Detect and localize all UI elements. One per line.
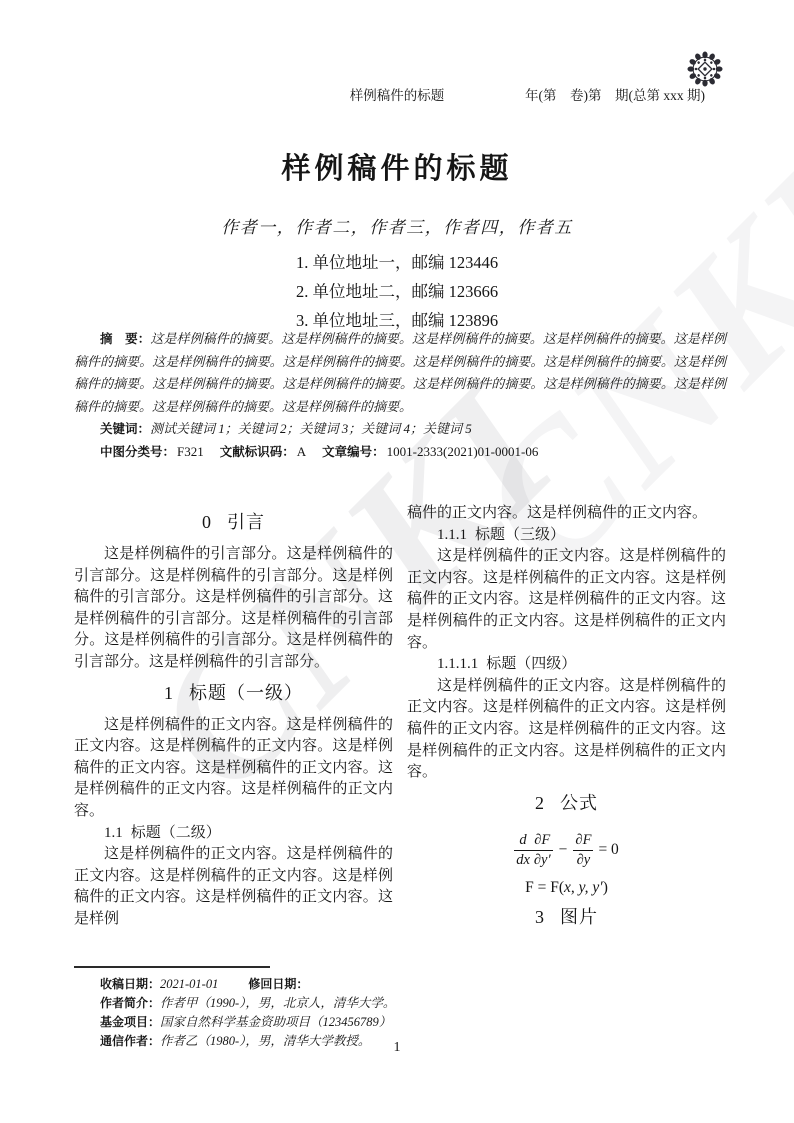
intro-paragraph: 这是样例稿件的引言部分。这是样例稿件的引言部分。这是样例稿件的引言部分。这是样例… [74,544,393,674]
section-title: 引言 [227,512,265,532]
author-bio-value: 作者甲（1990-），男，北京人，清华大学。 [160,996,395,1010]
fund-value: 国家自然科学基金资助项目（123456789） [160,1015,391,1029]
journal-emblem-icon [686,50,724,88]
left-column: 0引言 这是样例稿件的引言部分。这是样例稿件的引言部分。这是样例稿件的引言部分。… [74,503,393,939]
footnote-rule [74,966,270,968]
revised-date-label: 修回日期： [248,977,308,991]
abstract-block: 摘 要：这是样例稿件的摘要。这是样例稿件的摘要。这是样例稿件的摘要。这是样例稿件… [74,328,726,463]
body-paragraph: 这是样例稿件的正文内容。这是样例稿件的正文内容。这是样例稿件的正文内容。这是样例… [74,715,393,823]
equation-euler-lagrange: ddx ∂F∂y′ − ∂F∂y = 0 [407,829,726,869]
fraction-d-dx: ddx [514,832,532,869]
keywords-text: 测试关键词 1；关键词 2；关键词 3；关键词 4；关键词 5 [150,421,472,436]
subsection-title: 标题（三级） [475,527,565,543]
received-date-value: 2021-01-01 [160,977,218,991]
subsection-heading-1-1-1-1: 1.1.1.1标题（四级） [407,654,726,676]
section-heading-formulas: 2公式 [407,790,726,817]
affiliation-line: 1. 单位地址一，邮编 123446 [0,248,794,277]
clc-label: 中图分类号： [100,445,175,459]
affiliation-list: 1. 单位地址一，邮编 123446 2. 单位地址二，邮编 123666 3.… [0,248,794,335]
affiliation-line: 2. 单位地址二，邮编 123666 [0,277,794,306]
footnote-fund-line: 基金项目：国家自然科学基金资助项目（123456789） [74,1013,554,1032]
subsection-heading-1-1: 1.1标题（二级） [74,823,393,845]
abstract-label: 摘 要： [100,332,150,346]
doc-code-value: A [297,444,306,459]
right-column: 稿件的正文内容。这是样例稿件的正文内容。 1.1.1标题（三级） 这是样例稿件的… [407,503,726,939]
footnote-block: 收稿日期：2021-01-01修回日期： 作者简介：作者甲（1990-），男，北… [74,966,554,1051]
article-id-value: 1001-2333(2021)01-0001-06 [387,444,539,459]
section-title: 公式 [560,793,598,813]
article-id-label: 文章编号： [322,445,385,459]
section-title: 图片 [560,907,598,927]
subsection-heading-1-1-1: 1.1.1标题（三级） [407,525,726,547]
body-paragraph: 这是样例稿件的正文内容。这是样例稿件的正文内容。这是样例稿件的正文内容。这是样例… [74,844,393,930]
authors-line: 作者一，作者二，作者三，作者四，作者五 [0,213,794,238]
section-title: 标题（一级） [189,683,303,703]
subsection-number: 1.1.1.1 [437,656,478,672]
equation-rhs: = 0 [598,839,618,861]
page-number: 1 [0,1040,794,1056]
keywords-label: 关键词： [100,422,150,436]
equation-row: ddx ∂F∂y′ − ∂F∂y = 0 [514,832,619,869]
section-number: 3 [535,907,545,927]
body-columns: 0引言 这是样例稿件的引言部分。这是样例稿件的引言部分。这是样例稿件的引言部分。… [74,503,726,939]
body-paragraph-continuation: 稿件的正文内容。这是样例稿件的正文内容。 [407,503,726,525]
footnote-bio-line: 作者简介：作者甲（1990-），男，北京人，清华大学。 [74,994,554,1013]
section-heading-intro: 0引言 [74,509,393,536]
section-heading-1: 1标题（一级） [74,680,393,707]
body-paragraph: 这是样例稿件的正文内容。这是样例稿件的正文内容。这是样例稿件的正文内容。这是样例… [407,676,726,784]
fund-label: 基金项目： [100,1015,160,1029]
section-number: 2 [535,793,545,813]
doc-code-label: 文献标识码： [220,445,295,459]
body-paragraph: 这是样例稿件的正文内容。这是样例稿件的正文内容。这是样例稿件的正文内容。这是样例… [407,546,726,654]
keywords-line: 关键词：测试关键词 1；关键词 2；关键词 3；关键词 4；关键词 5 [74,418,726,441]
section-heading-figures: 3图片 [407,904,726,931]
abstract-text: 这是样例稿件的摘要。这是样例稿件的摘要。这是样例稿件的摘要。这是样例稿件的摘要。… [74,331,726,414]
running-head-issue: 年(第 卷)第 期(总第 xxx 期) [525,84,705,104]
subsection-title: 标题（四级） [486,656,576,672]
author-bio-label: 作者简介： [100,996,160,1010]
title-block: 样例稿件的标题 作者一，作者二，作者三，作者四，作者五 1. 单位地址一，邮编 … [0,146,794,335]
footnote-dates-line: 收稿日期：2021-01-01修回日期： [74,975,554,994]
clc-value: F321 [177,444,204,459]
fraction-dF-dy: ∂F∂y [573,832,593,869]
equation-function-def: F = F(x, y, y′) [407,877,726,899]
classification-line: 中图分类号：F321文献标识码：A文章编号：1001-2333(2021)01-… [74,441,726,464]
fraction-dF-dyprime: ∂F∂y′ [532,832,553,869]
minus-operator: − [559,839,568,861]
article-title: 样例稿件的标题 [0,146,794,187]
abstract-paragraph: 摘 要：这是样例稿件的摘要。这是样例稿件的摘要。这是样例稿件的摘要。这是样例稿件… [74,328,726,418]
subsection-number: 1.1.1 [437,527,467,543]
section-number: 1 [164,683,174,703]
journal-article-page: CNKI CNKI 样例稿件的标题 年(第 卷)第 期(总第 xxx 期) [0,0,794,1123]
subsection-title: 标题（二级） [131,825,221,841]
section-number: 0 [202,512,212,532]
received-date-label: 收稿日期： [100,977,160,991]
subsection-number: 1.1 [104,825,123,841]
